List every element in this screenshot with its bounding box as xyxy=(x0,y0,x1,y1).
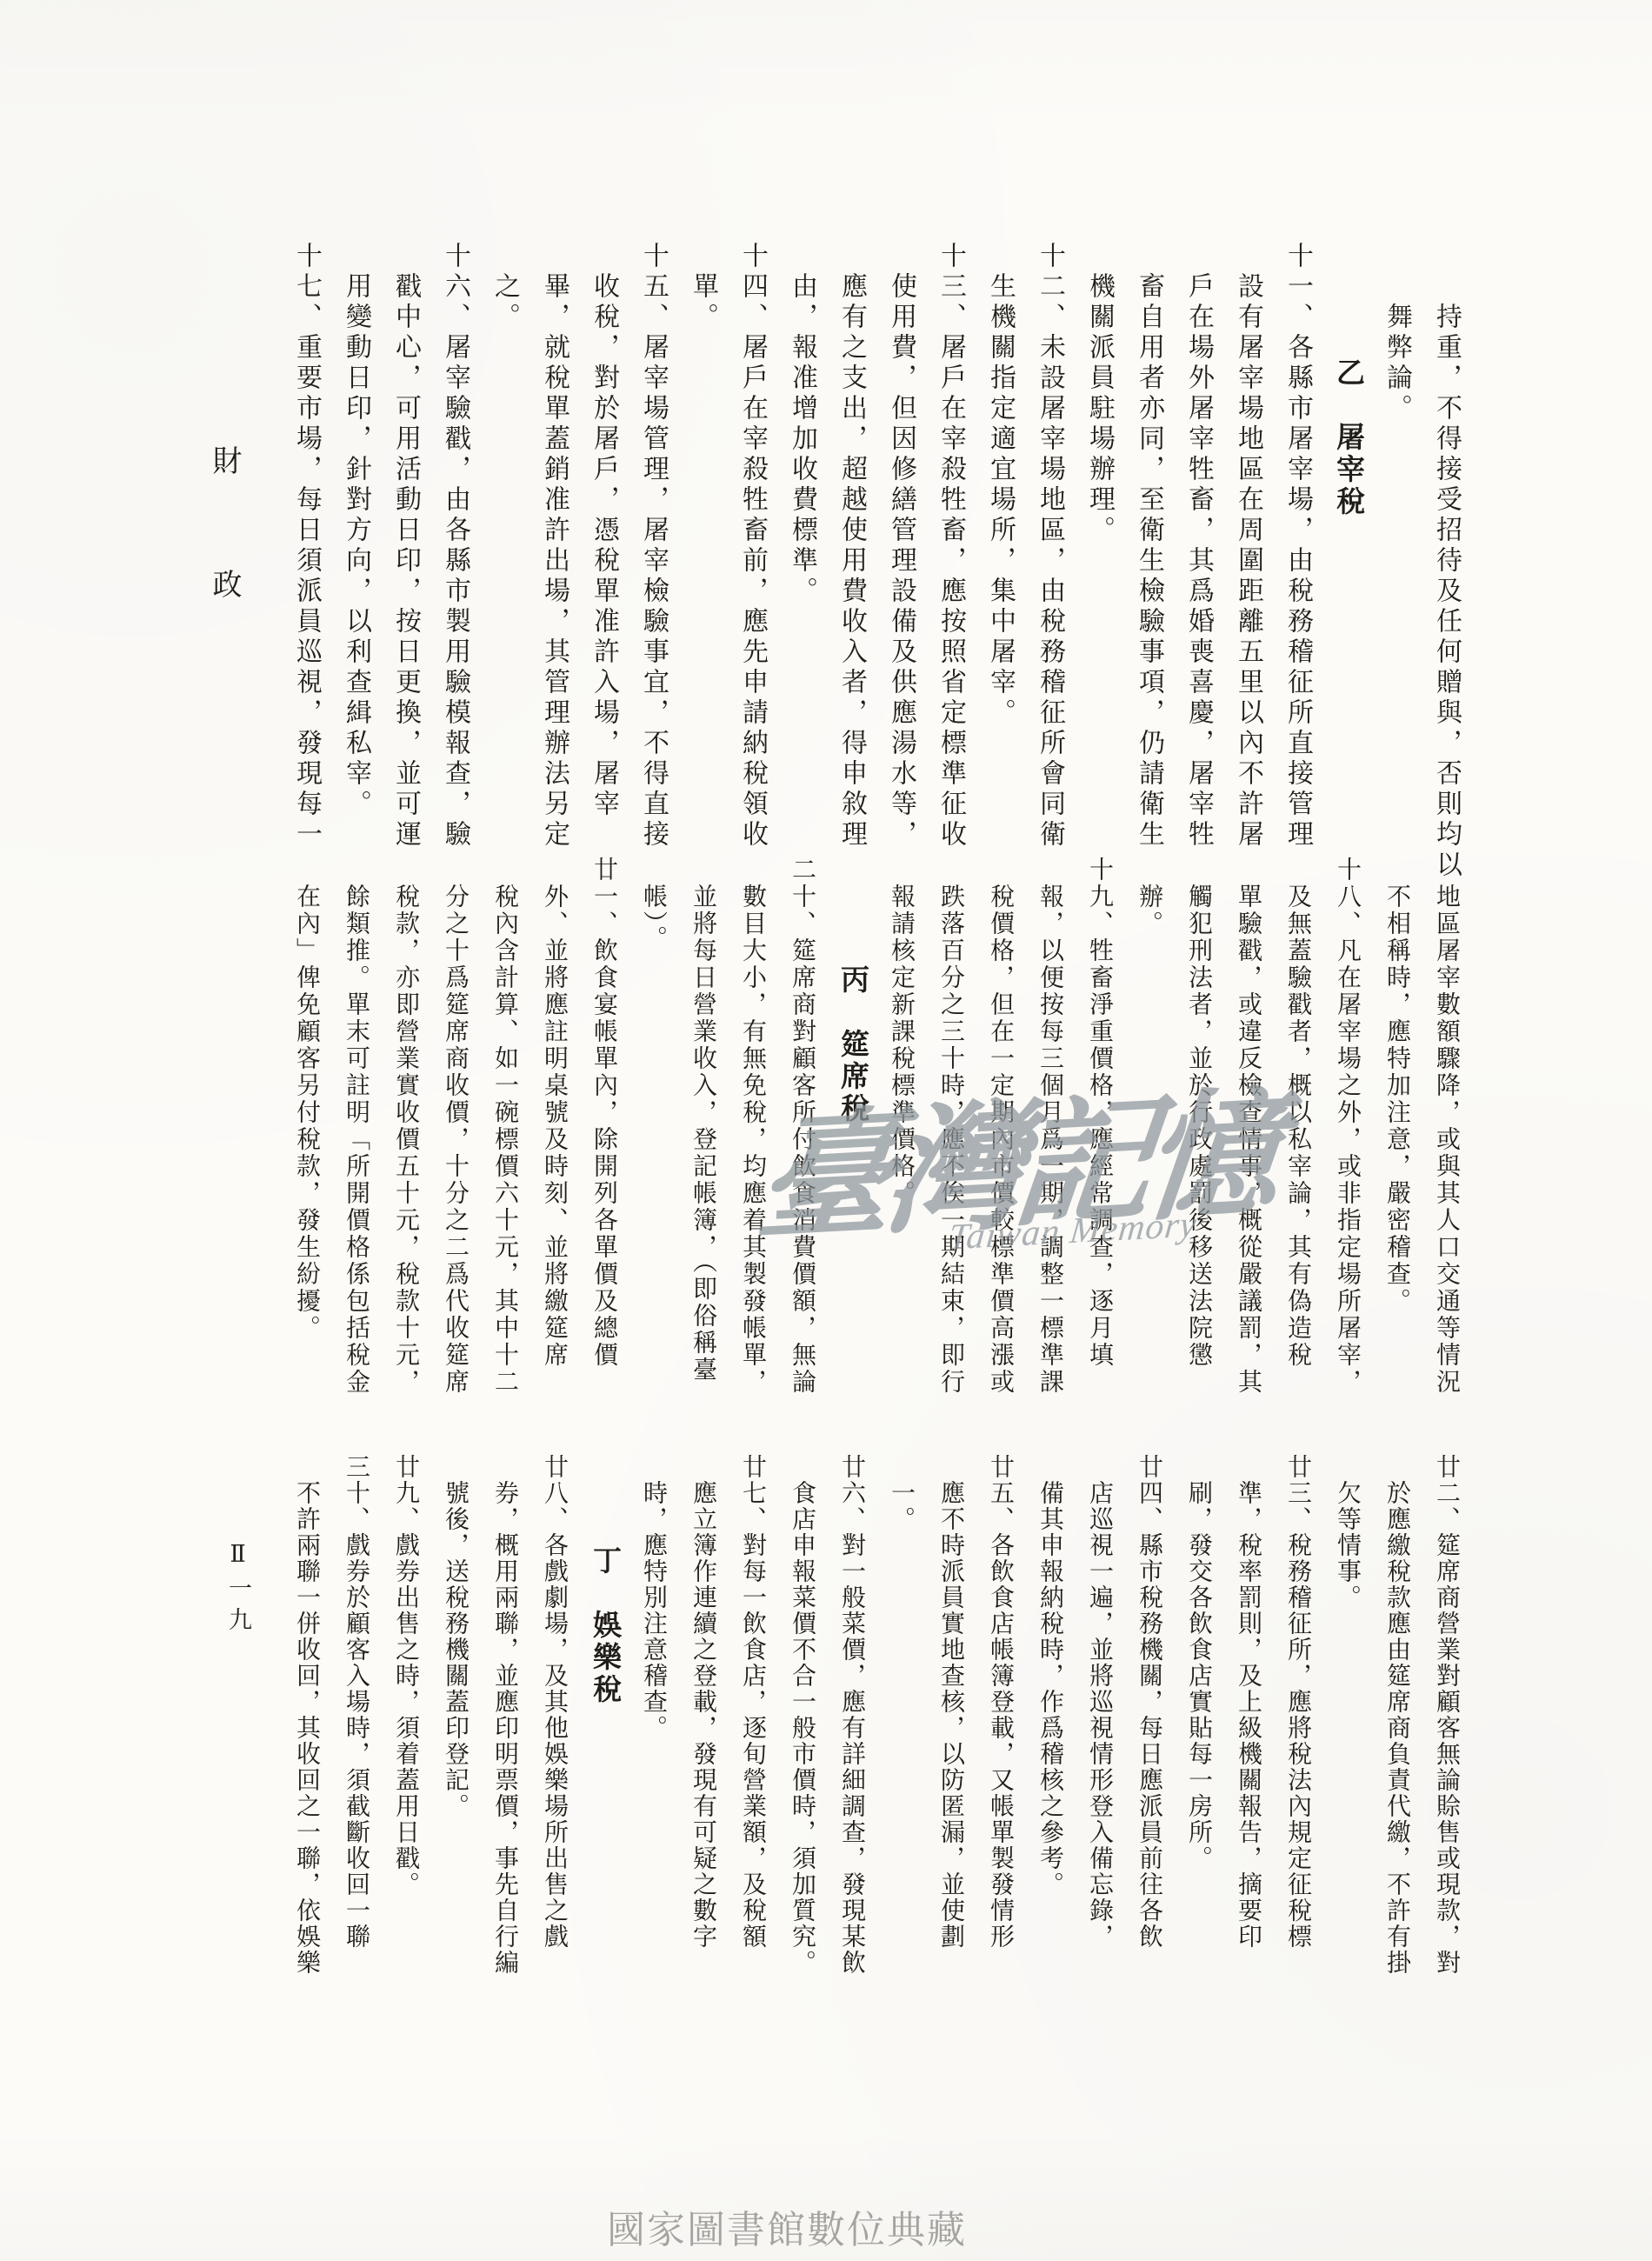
text-column: 二十、筵席商對顧客所付飲食消費價額，無論 xyxy=(777,857,827,1435)
text-column: 地區屠宰數額驟降，或與其人口交通等情況 xyxy=(1422,857,1471,1435)
text-column: 用變動日印，針對方向，以利查緝私宰。 xyxy=(331,242,381,929)
text-column: 廿三、稅務稽征所，應將稅法內規定征稅標 xyxy=(1273,1454,1322,1976)
text-column: 稅價格，但在一定期內市價較標準價高漲或 xyxy=(976,857,1025,1435)
text-column: 畢，就稅單蓋銷准許出場，其管理辦法另定 xyxy=(530,242,579,929)
text-column: 十七、重要市場，每日須派員巡視，發現每一 xyxy=(282,242,331,929)
text-column: 單。 xyxy=(678,242,728,929)
text-column: 報，以便按每三個月爲一期，調整一標準課 xyxy=(1025,857,1075,1435)
text-column: 券，概用兩聯，並應印明票價，事先自行編 xyxy=(480,1454,530,1976)
margin-section-label: 財政 xyxy=(203,445,245,692)
text-column: 並將每日營業收入，登記帳簿，（即俗稱臺 xyxy=(678,857,728,1435)
text-column: 廿九、戲券出售之時，須着蓋用日戳。 xyxy=(381,1454,430,1976)
text-column: 單驗戳，或違反檢查情事，概從嚴議罰，其 xyxy=(1223,857,1273,1435)
text-register-upper: 持重，不得接受招待及任何贈與，否則均以舞弊論。乙 屠宰稅十一、各縣市屠宰場，由稅… xyxy=(278,242,1471,929)
text-column: 跌落百分之三十時，應不俟一期結束，即行 xyxy=(926,857,976,1435)
text-column: 報請核定新課稅標準價格。 xyxy=(876,857,926,1435)
section-heading: 丙 筵席稅 xyxy=(827,857,876,1435)
text-column: 帳）。 xyxy=(629,857,678,1435)
text-column: 號後，送稅務機關蓋印登記。 xyxy=(430,1454,480,1976)
text-column: 持重，不得接受招待及任何贈與，否則均以 xyxy=(1422,242,1471,929)
text-column: 十六、屠宰驗戳，由各縣市製用驗模報查，驗 xyxy=(430,242,480,929)
text-column: 十二、未設屠宰場地區，由稅務稽征所會同衛 xyxy=(1025,242,1075,929)
text-column: 應立簿作連續之登載，發現有可疑之數字 xyxy=(678,1454,728,1976)
text-column: 於應繳稅款應由筵席商負責代繳，不許有掛 xyxy=(1372,1454,1422,1976)
text-column: 廿七、對每一飲食店，逐旬營業額，及稅額 xyxy=(728,1454,777,1976)
text-column: 之。 xyxy=(480,242,530,929)
text-column: 十九、牲畜淨重價格，應經常調查，逐月填 xyxy=(1075,857,1124,1435)
text-column: 稅款，亦即營業實收價五十元，稅款十元， xyxy=(381,857,430,1435)
scanned-document-page: 財政 Ⅱ一九 持重，不得接受招待及任何贈與，否則均以舞弊論。乙 屠宰稅十一、各縣… xyxy=(0,0,1652,2261)
text-column: 數目大小，有無免稅，均應着其製發帳單， xyxy=(728,857,777,1435)
text-column: 餘類推。單末可註明「所開價格係包括稅金 xyxy=(331,857,381,1435)
text-column: 舞弊論。 xyxy=(1372,242,1422,929)
text-column: 不許兩聯一併收回，其收回之一聯，依娛樂 xyxy=(282,1454,331,1976)
text-column: 稅內含計算、如一碗標價六十元，其中十二 xyxy=(480,857,530,1435)
text-column: 食店申報菜價不合一般市價時，須加質究。 xyxy=(777,1454,827,1976)
text-column: 十四、屠戶在宰殺牲畜前，應先申請納稅領收 xyxy=(728,242,777,929)
text-column: 刷，發交各飲食店實貼每一房所。 xyxy=(1174,1454,1223,1976)
text-column: 廿四、縣市稅務機關，每日應派員前往各飲 xyxy=(1124,1454,1174,1976)
text-column: 應不時派員實地查核，以防匿漏，並使劃 xyxy=(926,1454,976,1976)
text-register-lower: 廿二、筵席商營業對顧客無論賒售或現款，對於應繳稅款應由筵席商負責代繳，不許有掛欠… xyxy=(278,1454,1471,1976)
text-column: 十八、凡在屠宰場之外，或非指定場所屠宰， xyxy=(1322,857,1372,1435)
text-column: 由，報准增加收費標準。 xyxy=(777,242,827,929)
text-column: 廿二、筵席商營業對顧客無論賒售或現款，對 xyxy=(1422,1454,1471,1976)
text-column: 觸犯刑法者，並於行政處罰後移送法院懲 xyxy=(1174,857,1223,1435)
text-register-middle: 地區屠宰數額驟降，或與其人口交通等情況不相稱時，應特加注意，嚴密稽查。十八、凡在… xyxy=(278,857,1471,1435)
text-column: 設有屠宰場地區在周圍距離五里以內不許屠 xyxy=(1223,242,1273,929)
text-column: 備其申報納稅時，作爲稽核之參考。 xyxy=(1025,1454,1075,1976)
page-number: Ⅱ一九 xyxy=(222,1541,256,1638)
text-column: 廿五、各飲食店帳簿登載，又帳單製發情形 xyxy=(976,1454,1025,1976)
text-column: 戳中心，可用活動日印，按日更換，並可運 xyxy=(381,242,430,929)
text-column: 戶在場外屠宰牲畜，其爲婚喪喜慶，屠宰牲 xyxy=(1174,242,1223,929)
text-column: 在內」俾免顧客另付稅款，發生紛擾。 xyxy=(282,857,331,1435)
text-column: 店巡視一遍，並將巡視情形登入備忘錄， xyxy=(1075,1454,1124,1976)
text-column: 及無蓋驗戳者，概以私宰論，其有偽造稅 xyxy=(1273,857,1322,1435)
text-column: 應有之支出，超越使用費收入者，得申敘理 xyxy=(827,242,876,929)
section-heading: 丁 娛樂稅 xyxy=(579,1454,629,1976)
text-column: 廿八、各戲劇場，及其他娛樂場所出售之戲 xyxy=(530,1454,579,1976)
text-column: 準，稅率罰則，及上級機關報告，摘要印 xyxy=(1223,1454,1273,1976)
text-column: 畜自用者亦同，至衛生檢驗事項，仍請衛生 xyxy=(1124,242,1174,929)
text-column: 生機關指定適宜場所，集中屠宰。 xyxy=(976,242,1025,929)
text-column: 使用費，但因修繕管理設備及供應湯水等， xyxy=(876,242,926,929)
text-column: 機關派員駐場辦理。 xyxy=(1075,242,1124,929)
text-column: 廿六、對一般菜價，應有詳細調查，發現某飲 xyxy=(827,1454,876,1976)
text-column: 三十、戲券於顧客入場時，須截斷收回一聯 xyxy=(331,1454,381,1976)
text-column: 一。 xyxy=(876,1454,926,1976)
text-column: 辦。 xyxy=(1124,857,1174,1435)
text-column: 收稅，對於屠戶，憑稅單准許入場，屠宰 xyxy=(579,242,629,929)
text-column: 十三、屠戶在宰殺牲畜，應按照省定標準征收 xyxy=(926,242,976,929)
text-column: 十一、各縣市屠宰場，由稅務稽征所直接管理 xyxy=(1273,242,1322,929)
text-column: 不相稱時，應特加注意，嚴密稽查。 xyxy=(1372,857,1422,1435)
text-column: 欠等情事。 xyxy=(1322,1454,1372,1976)
text-column: 十五、屠宰場管理，屠宰檢驗事宜，不得直接 xyxy=(629,242,678,929)
text-column: 時，應特別注意稽查。 xyxy=(629,1454,678,1976)
library-footer-caption: 國家圖書館數位典藏 xyxy=(607,2198,967,2254)
text-column: 廿一、飲食宴帳單內，除開列各單價及總價 xyxy=(579,857,629,1435)
text-column: 分之十爲筵席商收價，十分之二爲代收筵席 xyxy=(430,857,480,1435)
text-column: 外、並將應註明桌號及時刻、並將繳筵席 xyxy=(530,857,579,1435)
section-heading: 乙 屠宰稅 xyxy=(1322,242,1372,929)
